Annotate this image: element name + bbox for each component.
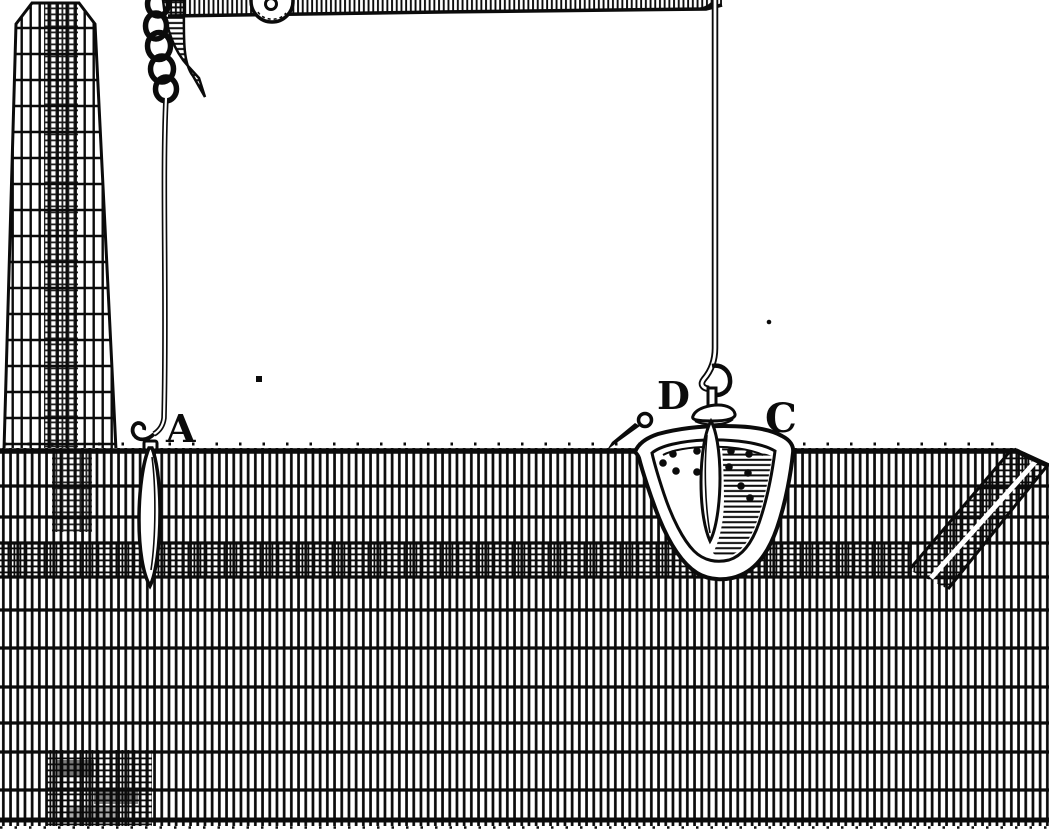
pillar-foot-shadow: [52, 452, 92, 532]
ink-speck: [767, 320, 772, 325]
submerged-pendant: [701, 421, 720, 541]
label-a: A: [165, 406, 196, 451]
weight-a: [139, 448, 160, 586]
pillar-base-patch: [46, 750, 152, 826]
engraving-figure: A D C: [0, 0, 1049, 830]
beam-boss-hole: [266, 0, 277, 10]
pillar-shadow-strip: [44, 3, 78, 451]
ink-speck: [256, 376, 262, 382]
crosshatch-band: [0, 545, 910, 576]
engraving-plate: A D C: [0, 0, 1049, 830]
label-d: D: [657, 373, 690, 418]
label-c: C: [765, 395, 797, 442]
